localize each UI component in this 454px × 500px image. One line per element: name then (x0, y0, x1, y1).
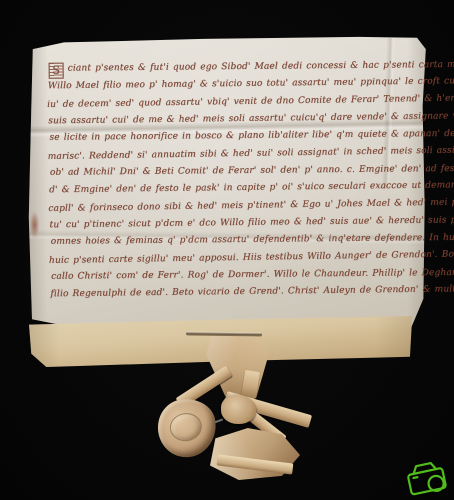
photo-background: Sciant p'sentes & fut'i quod ego Sibod' … (0, 0, 454, 500)
text-line-content: ciant p'sentes & fut'i quod ego Sibod' M… (68, 59, 454, 73)
margin-stain (30, 212, 39, 238)
camera-icon (404, 460, 452, 498)
seal-tag (205, 336, 269, 398)
tag-knot (221, 395, 256, 424)
decorated-initial: S (49, 63, 64, 79)
tag-strip (241, 370, 260, 399)
wax-seal-fragment (154, 395, 220, 461)
manuscript-text: Sciant p'sentes & fut'i quod ego Sibod' … (48, 57, 427, 304)
text-line: ob' ad Michil' Dni' & Beti Comit' de Fer… (50, 161, 426, 182)
text-line: Sciant p'sentes & fut'i quod ego Sibod' … (49, 57, 425, 78)
